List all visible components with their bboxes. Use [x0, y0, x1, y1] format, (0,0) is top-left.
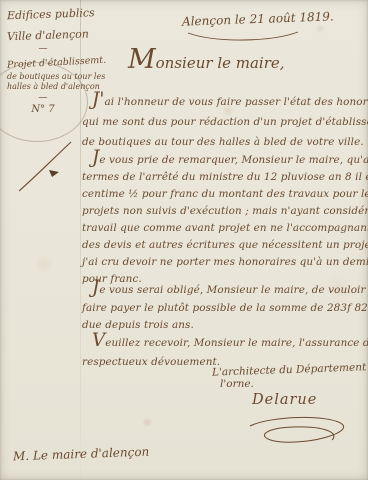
signature-flourish — [236, 414, 356, 454]
letter-page: Edifices publics Ville d'alençon — Proje… — [0, 0, 368, 480]
letter-line: de boutiques au tour des halles à bled d… — [82, 132, 364, 152]
signature-title: L'architecte du Département de — [212, 361, 364, 378]
dateline: Alençon le 21 août 1819. — [182, 9, 334, 28]
margin-divider-dash: — — [7, 94, 79, 102]
letter-line: des devis et autres écritures que nécess… — [82, 237, 364, 254]
letter-line: travail que comme avant projet en ne l'a… — [82, 220, 364, 237]
letter-line: Je vous prie de remarquer, Monsieur le m… — [82, 151, 364, 169]
margin-line: Edifices publics — [7, 7, 79, 23]
margin-number: N° 7 — [7, 104, 79, 117]
letter-line: qui me sont dus pour rédaction d'un proj… — [82, 112, 364, 132]
footer-address: M. Le maire d'alençon — [13, 445, 150, 464]
margin-line: halles à bled d'alençon — [7, 82, 79, 92]
letter-line: centime ½ pour franc du montant des trav… — [82, 186, 364, 203]
margin-annotations: Edifices publics Ville d'alençon — Proje… — [7, 8, 79, 116]
letter-line: Veuillez recevoir, Monsieur le maire, l'… — [82, 334, 364, 353]
letter-line: j'ai cru devoir ne porter mes honoraires… — [82, 254, 364, 271]
margin-line: Projet d'établissemt. — [7, 56, 80, 72]
margin-divider-dash: — — [7, 45, 79, 53]
letter-line: Je vous serai obligé, Monsieur le maire,… — [82, 281, 364, 300]
paragraph-3: Je vous serai obligé, Monsieur le maire,… — [82, 281, 364, 335]
paragraph-1: J'ai l'honneur de vous faire passer l'ét… — [82, 92, 364, 152]
letter-line: faire payer le plutôt possible de la som… — [82, 300, 364, 318]
margin-line: de boutiques au tour les — [7, 72, 79, 82]
signature-block: L'architecte du Département de l'orne. D… — [212, 364, 364, 408]
margin-line: Ville d'alençon — [7, 27, 79, 43]
dateline-flourish — [186, 28, 304, 47]
letter-line: projets non suivis d'exécution ; mais n'… — [82, 203, 364, 220]
signature-title-2: l'orne. — [220, 378, 364, 390]
margin-paraph-mark — [16, 138, 74, 198]
paragraph-2: Je vous prie de remarquer, Monsieur le m… — [82, 151, 364, 288]
letter-line: due depuis trois ans. — [82, 317, 364, 335]
signature-name: Delarue — [252, 392, 364, 408]
salutation: Monsieur le maire, — [128, 49, 285, 72]
letter-line: termes de l'arrêté du ministre du 12 plu… — [82, 169, 364, 186]
letter-line: J'ai l'honneur de vous faire passer l'ét… — [82, 92, 364, 112]
